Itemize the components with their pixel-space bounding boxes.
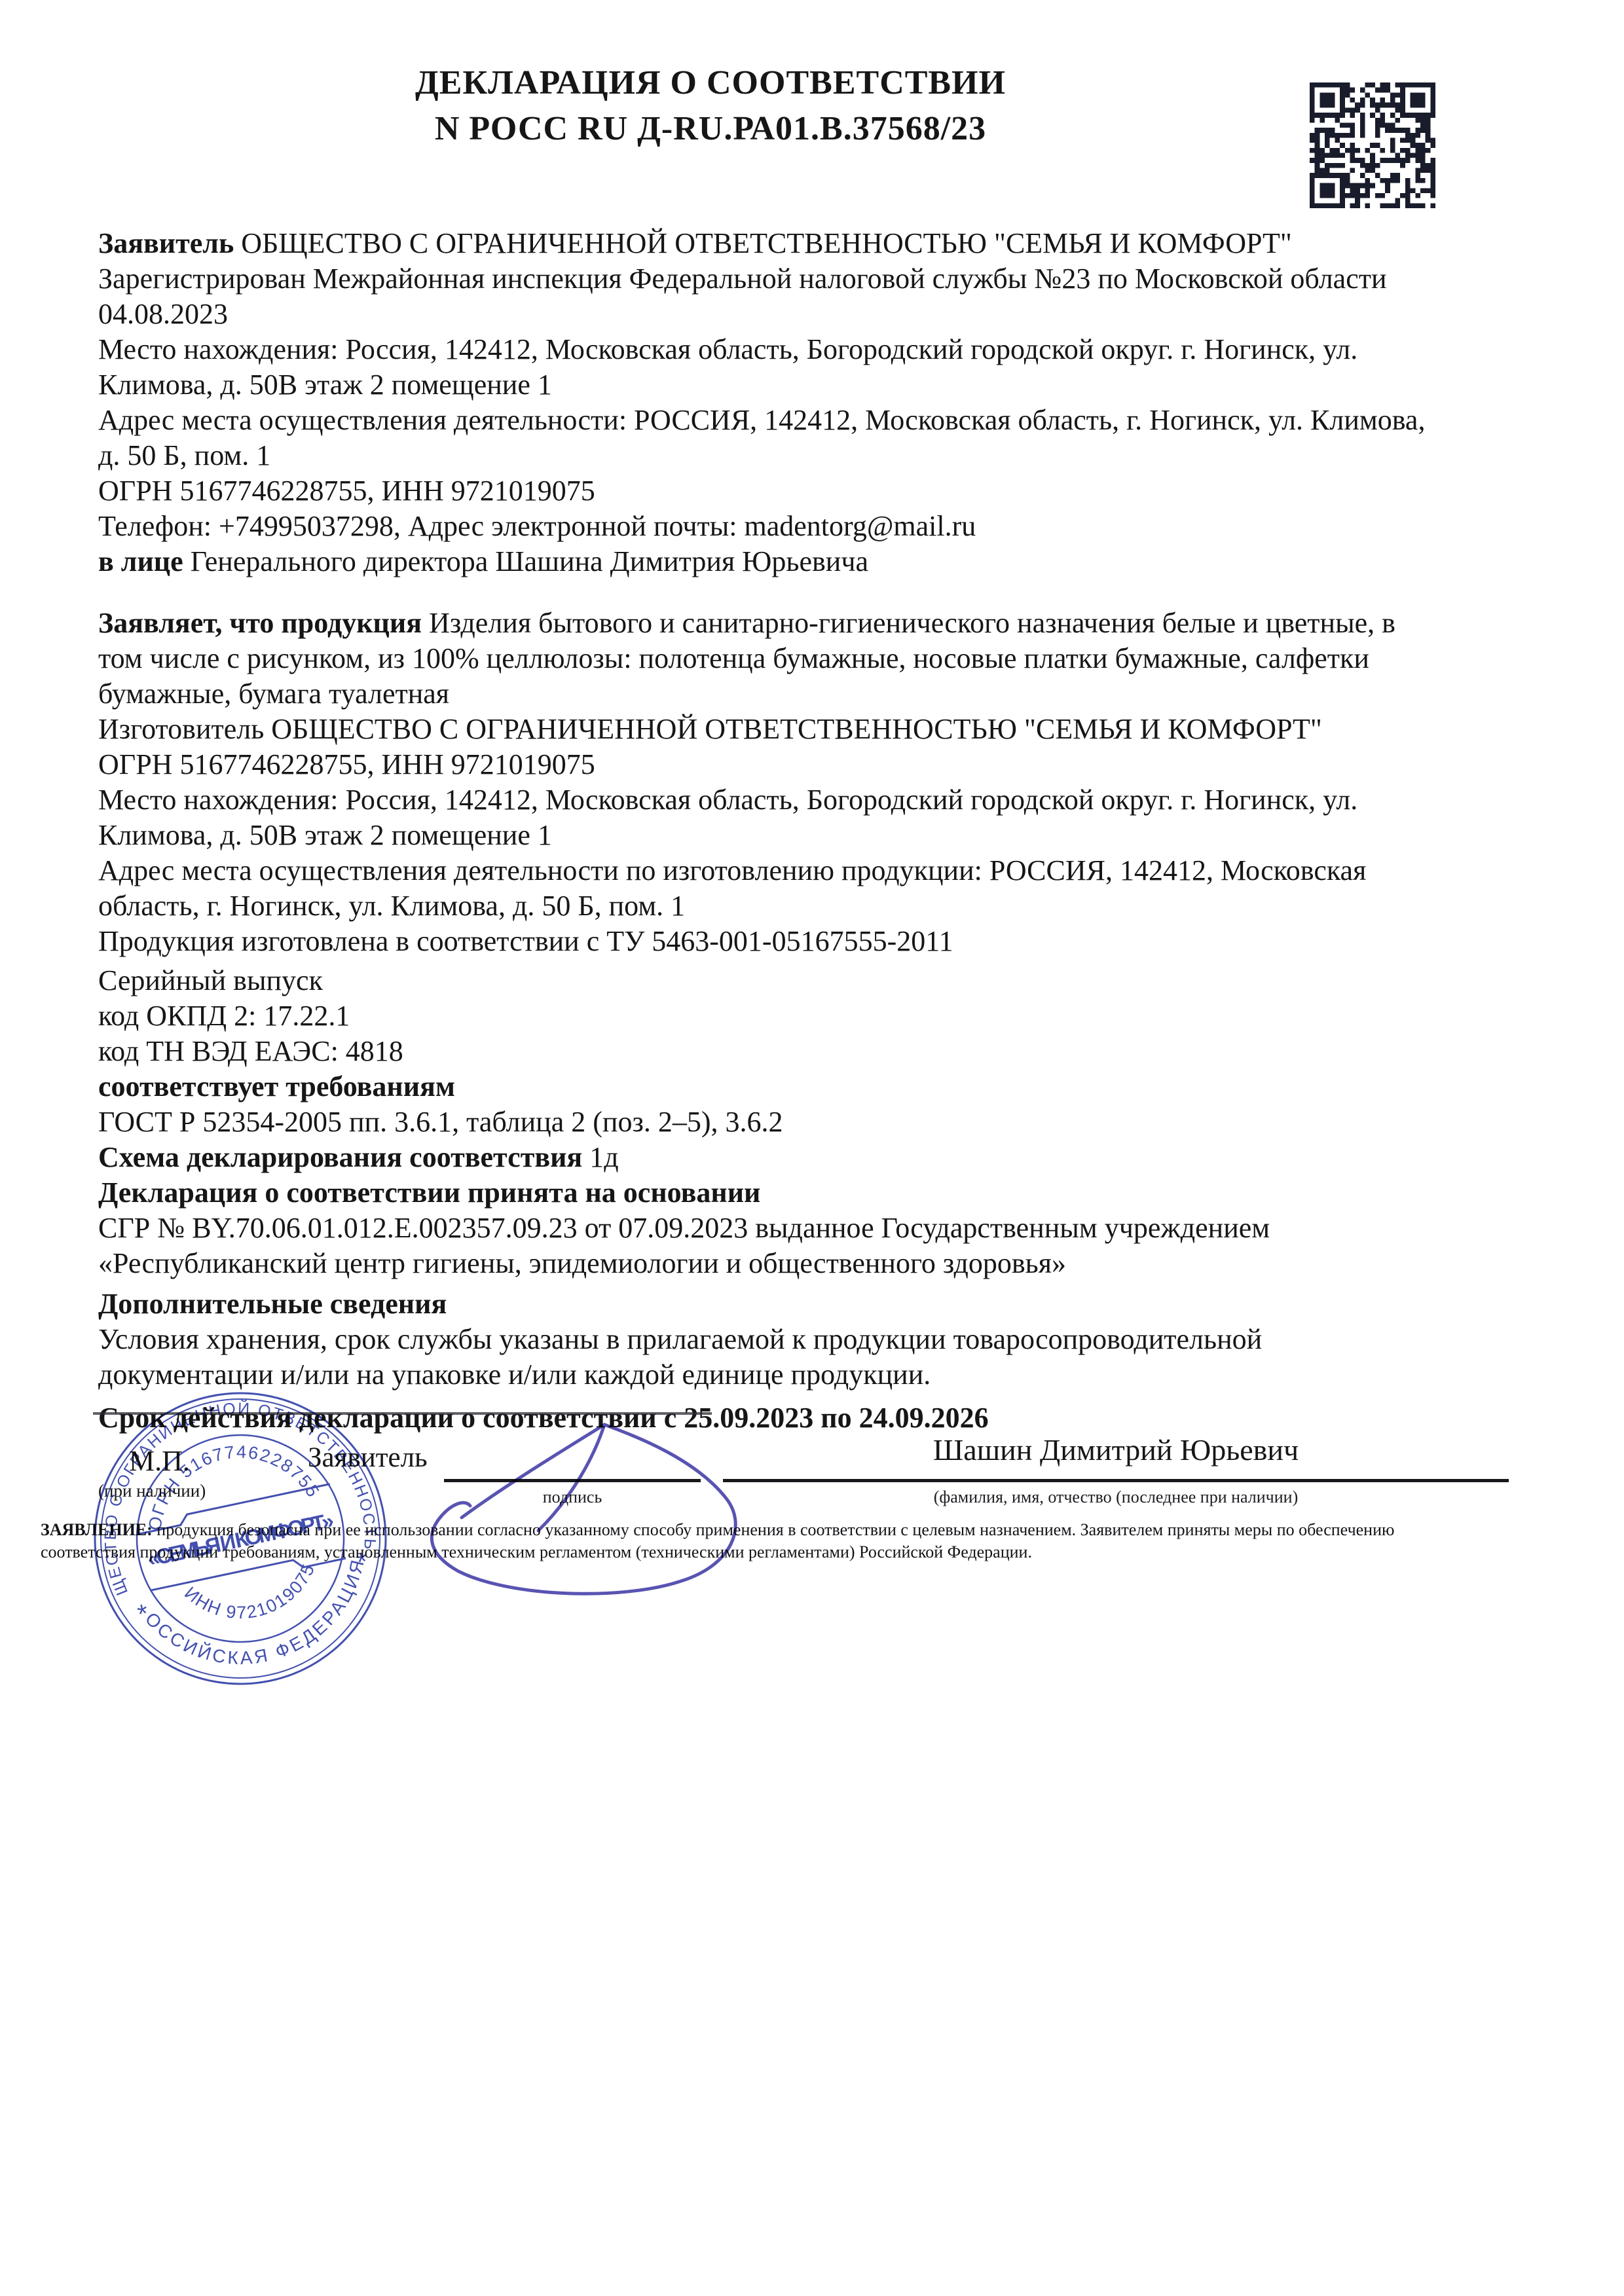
- paragraph-production-type: Серийный выпусккод ОКПД 2: 17.22.1код ТН…: [98, 963, 1545, 1069]
- stamp-company-name: «СЕМЬЯ И КОМФОРТ»: [145, 1508, 336, 1571]
- text-line: Телефон: +74995037298, Адрес электронной…: [98, 509, 1545, 544]
- handwritten-signature: [406, 1394, 773, 1617]
- stamp-ring-top-text: ОБЩЕСТВО С ОГРАНИЧЕННОЙ ОТВЕТСТВЕННОСТЬЮ: [86, 1385, 385, 1613]
- signature-stroke-leg: [538, 1425, 604, 1531]
- text-line: Условия хранения, срок службы указаны в …: [98, 1322, 1545, 1357]
- document-title: ДЕКЛАРАЦИЯ О СООТВЕТСТВИИ N РОСС RU Д-RU…: [0, 60, 1421, 152]
- text-line: код ОКПД 2: 17.22.1: [98, 998, 1545, 1034]
- text-line: «Республиканский центр гигиены, эпидемио…: [98, 1246, 1545, 1281]
- document-body: Заявитель ОБЩЕСТВО С ОГРАНИЧЕННОЙ ОТВЕТС…: [98, 226, 1545, 1436]
- text-line: в лице Генерального директора Шашина Дим…: [98, 544, 1545, 579]
- text-line: Место нахождения: Россия, 142412, Москов…: [98, 782, 1545, 818]
- signature-stroke-loop: [432, 1425, 735, 1594]
- text-line: бумажные, бумага туалетная: [98, 676, 1545, 712]
- signatory-name: Шашин Димитрий Юрьевич: [723, 1432, 1509, 1467]
- text-line: том числе с рисунком, из 100% целлюлозы:…: [98, 641, 1545, 676]
- text-line: Заявитель ОБЩЕСТВО С ОГРАНИЧЕННОЙ ОТВЕТС…: [98, 226, 1545, 261]
- text-line: 04.08.2023: [98, 297, 1545, 332]
- company-stamp: ОБЩЕСТВО С ОГРАНИЧЕННОЙ ОТВЕТСТВЕННОСТЬЮ…: [86, 1385, 394, 1692]
- qr-code: [1310, 82, 1435, 208]
- document-title-line1: ДЕКЛАРАЦИЯ О СООТВЕТСТВИИ: [0, 60, 1421, 106]
- text-line: код ТН ВЭД ЕАЭС: 4818: [98, 1034, 1545, 1069]
- paragraph-applicant: Заявитель ОБЩЕСТВО С ОГРАНИЧЕННОЙ ОТВЕТС…: [98, 226, 1545, 579]
- text-line: Зарегистрирован Межрайонная инспекция Фе…: [98, 261, 1545, 297]
- text-line: д. 50 Б, пом. 1: [98, 438, 1545, 473]
- text-line: Дополнительные сведения: [98, 1286, 1545, 1322]
- paragraph-basis: Декларация о соответствии принята на осн…: [98, 1175, 1545, 1281]
- text-line: Место нахождения: Россия, 142412, Москов…: [98, 332, 1545, 367]
- text-line: соответствует требованиям: [98, 1069, 1545, 1104]
- text-line: ОГРН 5167746228755, ИНН 9721019075: [98, 473, 1545, 509]
- text-line: СГР № BY.70.06.01.012.Е.002357.09.23 от …: [98, 1211, 1545, 1246]
- paragraph-product: Заявляет, что продукция Изделия бытового…: [98, 606, 1545, 959]
- text-line: Декларация о соответствии принята на осн…: [98, 1175, 1545, 1211]
- text-line: Климова, д. 50В этаж 2 помещение 1: [98, 367, 1545, 403]
- paragraph-additional: Дополнительные сведенияУсловия хранения,…: [98, 1286, 1545, 1393]
- text-line: область, г. Ногинск, ул. Климова, д. 50 …: [98, 888, 1545, 924]
- full-name-caption: (фамилия, имя, отчество (последнее при н…: [723, 1487, 1509, 1507]
- page: { "title": { "line1": "ДЕКЛАРАЦИЯ О СООТ…: [0, 0, 1624, 2296]
- svg-text:ОБЩЕСТВО С ОГРАНИЧЕННОЙ ОТВЕТС: ОБЩЕСТВО С ОГРАНИЧЕННОЙ ОТВЕТСТВЕННОСТЬЮ: [86, 1385, 385, 1613]
- text-line: Изготовитель ОБЩЕСТВО С ОГРАНИЧЕННОЙ ОТВ…: [98, 712, 1545, 747]
- text-line: Адрес места осуществления деятельности: …: [98, 403, 1545, 438]
- stamp-star-left: *: [135, 1599, 151, 1629]
- text-line: Адрес места осуществления деятельности п…: [98, 853, 1545, 888]
- text-line: Заявляет, что продукция Изделия бытового…: [98, 606, 1545, 641]
- text-line: Климова, д. 50В этаж 2 помещение 1: [98, 818, 1545, 853]
- paragraph-requirements: соответствует требованиямГОСТ Р 52354-20…: [98, 1069, 1545, 1175]
- text-line: ОГРН 5167746228755, ИНН 9721019075: [98, 747, 1545, 782]
- text-line: ГОСТ Р 52354-2005 пп. 3.6.1, таблица 2 (…: [98, 1104, 1545, 1140]
- full-name-line: [723, 1479, 1509, 1482]
- document-number: N РОСС RU Д-RU.РА01.В.37568/23: [0, 106, 1421, 152]
- text-line: Схема декларирования соответствия 1д: [98, 1140, 1545, 1175]
- text-line: Серийный выпуск: [98, 963, 1545, 998]
- text-line: Продукция изготовлена в соответствии с Т…: [98, 924, 1545, 959]
